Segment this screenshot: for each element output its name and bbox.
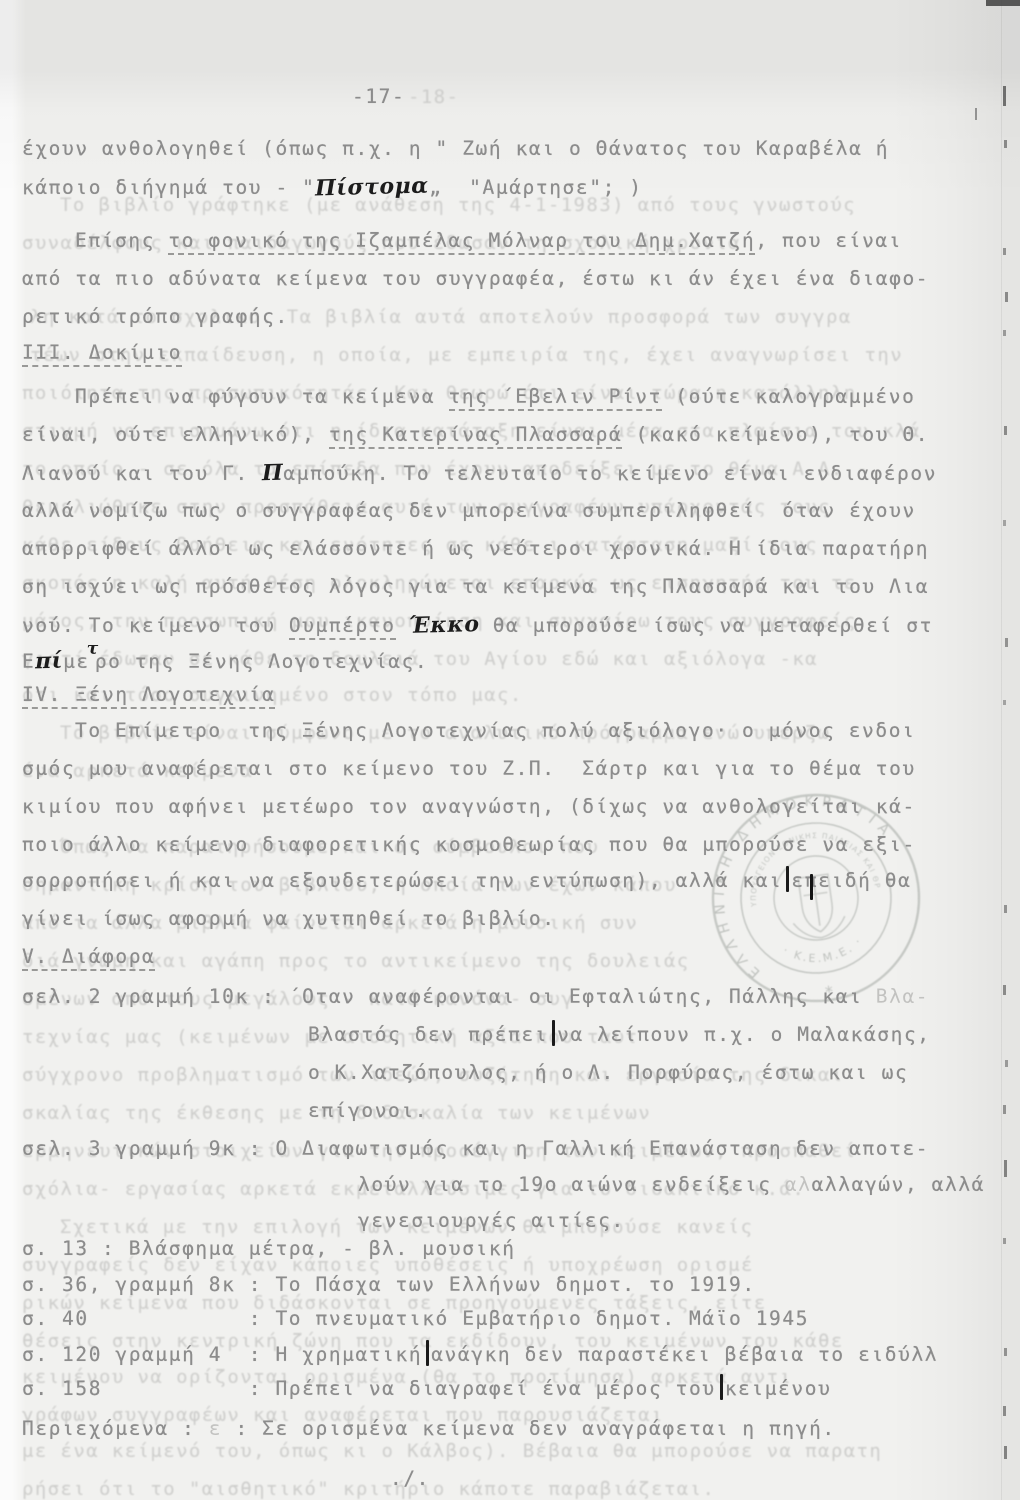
- scan-edge-artifact: [1003, 248, 1006, 255]
- scan-edge-artifact: [1004, 426, 1007, 435]
- scan-edge-artifact: [975, 108, 977, 120]
- scan-edge-artifact: [1003, 700, 1006, 705]
- scan-edge-artifact: [1003, 1238, 1006, 1244]
- scan-edge-artifact: [1003, 985, 1006, 995]
- scan-edge-artifact: [986, 0, 1020, 6]
- handwritten-insertion-mark: [810, 874, 813, 900]
- scan-edge-artifact: [1004, 1160, 1007, 1177]
- artifact-marks-layer: [0, 0, 1020, 1500]
- scan-edge-artifact: [1004, 1348, 1007, 1356]
- scanned-document-page: -18-Το βιβλίο γράφτηκε (με ανάθεση της 4…: [0, 0, 1020, 1500]
- scan-edge-artifact: [1005, 1060, 1008, 1067]
- scan-edge-artifact: [1005, 638, 1008, 647]
- scan-edge-artifact: [1003, 86, 1006, 106]
- scan-edge-artifact: [1003, 520, 1006, 526]
- scan-edge-artifact: [1005, 292, 1008, 302]
- scan-edge-artifact: [1004, 140, 1007, 148]
- scan-edge-artifact: [1004, 1446, 1007, 1459]
- scan-crease-line: [1001, 0, 1002, 1500]
- scan-edge-artifact: [1004, 905, 1007, 913]
- scan-edge-artifact: [1003, 1406, 1006, 1416]
- scan-edge-artifact: [1003, 330, 1006, 336]
- scan-edge-artifact: [1003, 1105, 1006, 1114]
